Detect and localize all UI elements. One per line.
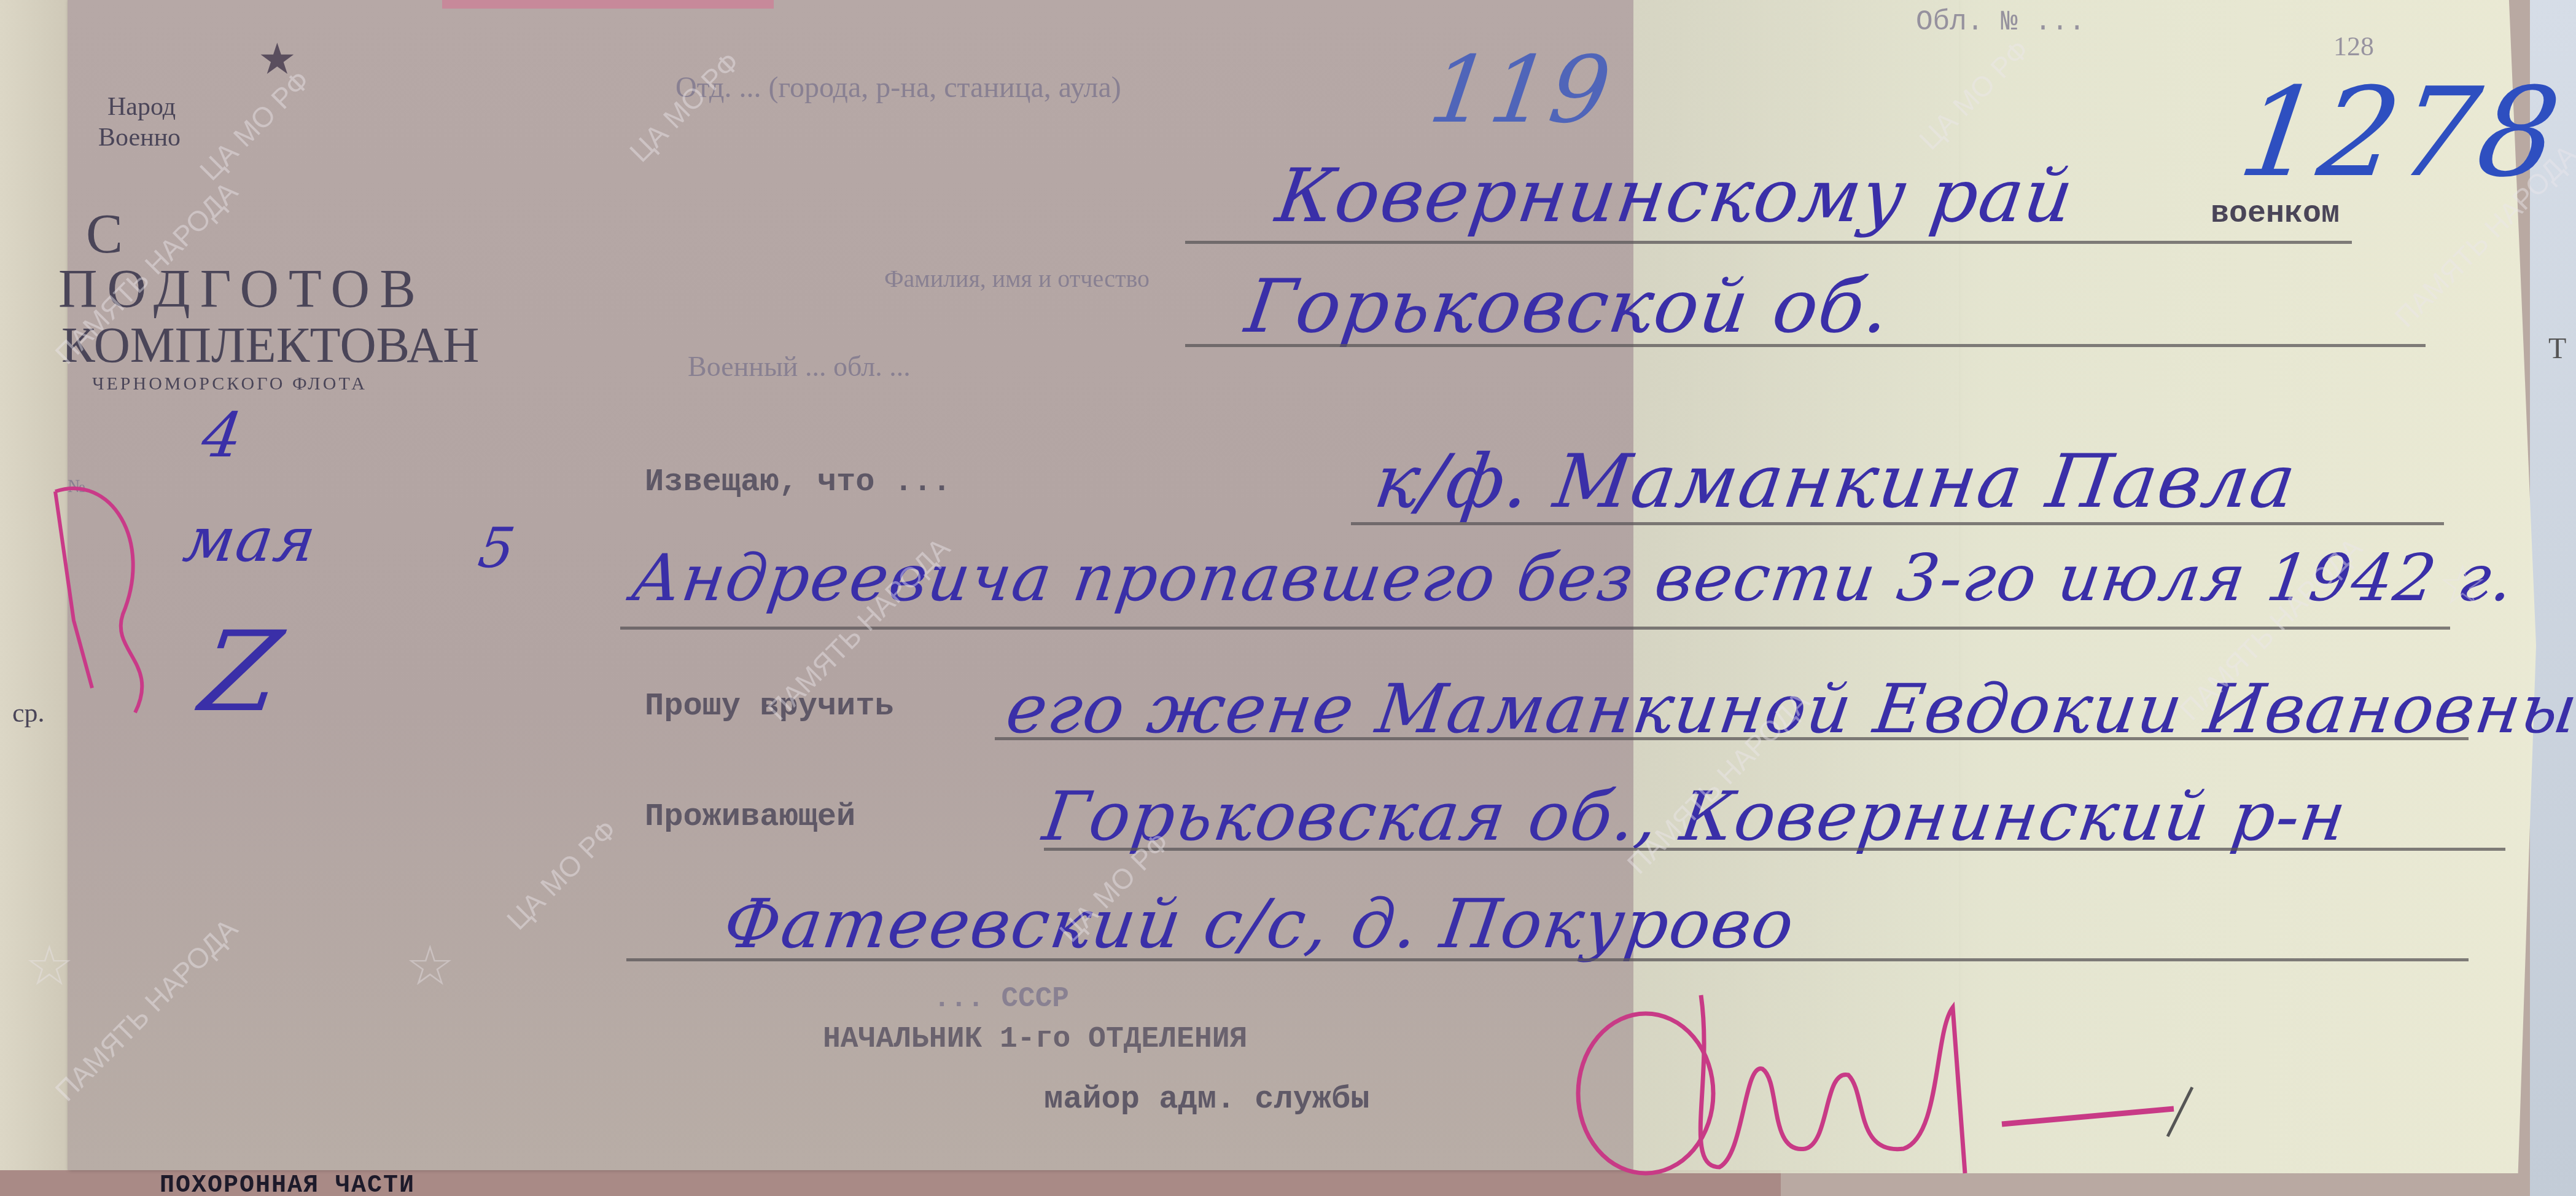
form-line-2: Фамилия, имя и отчество — [884, 264, 1150, 293]
stamp-number: 119 — [1423, 37, 1618, 144]
stamp-line-1: Народ — [107, 92, 176, 122]
addressee-rule-2 — [1185, 344, 2426, 347]
body-rule-3 — [995, 737, 2469, 740]
addressee-line-1: Ковернинскому рай — [1271, 154, 2079, 239]
stamp-line-4: ПОДГОТОВ — [58, 258, 426, 320]
stamp-line-2: Военно — [98, 123, 181, 152]
underlying-paper-bottom-text: ПОХОРОННАЯ ЧАСТИ — [160, 1172, 415, 1196]
stamp-line-6: ЧЕРНОМОРСКОГО ФЛОТА — [92, 373, 367, 394]
addressee-line-2: Горьковской об. — [1240, 264, 1896, 350]
body-rule-5 — [626, 958, 2469, 961]
body-line-5: Фатеевский с/с, д. Покурово — [719, 885, 1800, 963]
body-rule-4 — [1044, 848, 2505, 851]
date-month: мая — [179, 504, 321, 576]
stamp-line-3: С — [86, 203, 123, 266]
signature — [1560, 971, 2321, 1179]
top-paper-edge — [442, 0, 774, 9]
label-notify: Извещаю, что ... — [645, 464, 951, 500]
body-line-1: к/ф. Маманкина Павла — [1369, 439, 2302, 525]
archive-page-number: 1278 — [2232, 61, 2569, 205]
archive-page-number-small: 128 — [2333, 31, 2374, 62]
addressee-rule-1 — [1185, 241, 2352, 244]
footer-line-2: НАЧАЛЬНИК 1-го ОТДЕЛЕНИЯ — [823, 1023, 1247, 1056]
label-request: Прошу вручить — [645, 688, 894, 724]
form-line-1: Отд. ... (города, р-на, станица, аула) — [675, 71, 1121, 104]
form-line-3: Военный ... обл. ... — [688, 350, 911, 383]
body-line-2: Андреевича пропавшего без вести 3-го июл… — [627, 541, 2519, 616]
stamp-line-5: КОМПЛЕКТОВАН — [61, 316, 480, 374]
red-pencil-mark — [18, 467, 190, 725]
body-rule-1 — [1351, 522, 2444, 525]
addressee-printed-right: военком — [2211, 197, 2340, 232]
star-icon: ★ — [258, 34, 297, 85]
body-line-4: Горьковская об., Ковернинский р-н — [1038, 777, 2352, 856]
body-rule-2 — [620, 627, 2450, 630]
body-line-3: его жене Маманкиной Евдокии Ивановны. — [1002, 670, 2576, 748]
footer-line-1: ... СССР — [933, 983, 1069, 1015]
label-residence: Проживающей — [645, 799, 855, 835]
header-top-right: Обл. № ... — [1916, 6, 2085, 38]
underlying-paper-right-glyph: T — [2548, 332, 2566, 365]
footer-line-3: майор адм. службы — [1044, 1081, 1370, 1117]
